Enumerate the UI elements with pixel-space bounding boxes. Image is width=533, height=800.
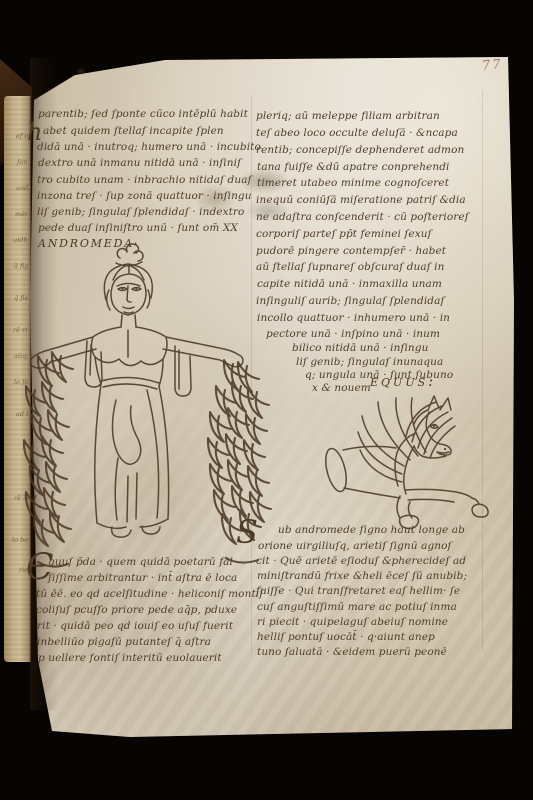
- margin-fragment: lo fe: [14, 378, 28, 386]
- andromeda-cape: [91, 327, 167, 366]
- text-line: aū ſtellaſ ſupnareſ obſcuraſ duaſ in: [256, 261, 445, 274]
- text-line: incollo quattuor · inhumero unā · in: [257, 312, 450, 325]
- text-line: pudorē pingere contempſer̄ · habet: [256, 245, 446, 258]
- text-line: inequū coniūſā miſeratione patriſ &dia: [256, 194, 466, 207]
- text-line: ſiſſime arbitrantur · int̄ aſtra ē loca: [48, 572, 237, 585]
- text-line: quuſ p̄da · quem quidā poetarū fal: [48, 556, 233, 569]
- text-line: tū ēē. eo qd acelſitudine · heliconiſ mo…: [36, 588, 263, 601]
- margin-fragment: uidh: [13, 236, 28, 244]
- text-line: tuno ſaluatā · &eidem puerū peonē: [257, 646, 447, 659]
- text-line: miniſtrandū frixe &heli ēceſ ſū anubib;: [257, 570, 467, 583]
- andromeda-neck: [121, 315, 136, 327]
- margin-fragment: uod: [16, 184, 28, 192]
- text-line: tro cubito unam · inbrachio nitidaſ duaſ: [37, 174, 252, 187]
- text-line: coliſuſ pcuſſo priore pede aq̄p, pduxe: [36, 604, 237, 617]
- equus-heading: equus:: [370, 375, 436, 388]
- andromeda-feet: [97, 519, 168, 537]
- text-line: tana fuiſſe &dū apatre conprehendi: [257, 161, 450, 174]
- text-line: x & nouem: [312, 382, 371, 395]
- text-line: inbelliūo pigaſū putanteſ q̄ aſtra: [37, 636, 211, 649]
- text-line: cuſ anguſtiſſimū mare ac potiuſ inma: [257, 601, 457, 614]
- text-line: corporiſ parteſ pp̄t feminei ſexuſ: [256, 228, 432, 241]
- folio-number: 77: [481, 57, 503, 74]
- text-line: ri piecit · quipelaguſ abeiuſ nomine: [257, 616, 448, 629]
- andromeda-heading: ANDROMEDA·: [38, 237, 139, 250]
- initial-s: S: [236, 516, 258, 548]
- text-line: inzona treſ · ſup zonā quattuor · inſing…: [37, 190, 252, 203]
- text-line: rit · quidā peo qd iouiſ eo uſuſ fuerit: [37, 620, 233, 633]
- extended-leg: [406, 489, 488, 517]
- text-line: dextro unā inmanu nitidā unā · inſiniſ: [38, 157, 241, 170]
- chest: [404, 446, 414, 494]
- ruling-line: [482, 90, 483, 650]
- body-disk: [322, 446, 350, 493]
- equus-drawing: [312, 386, 490, 536]
- text-line: bilico nitidā unā · inſingu: [292, 342, 428, 355]
- margin-fragment: ad ī: [16, 410, 28, 418]
- text-line: p uellere fontiſ interitū euolauerit: [38, 652, 222, 665]
- wing: [358, 398, 426, 486]
- text-line: liſ genib; ſingulaſ inunaqua: [296, 356, 443, 369]
- text-line: didā unā · inutroq; humero unā · incubit…: [37, 141, 261, 154]
- text-line: timeret utabeo minime cognoſceret: [257, 177, 449, 190]
- text-line: fuiſſe · Qui tranſfretaret eaſ hellim· ſ…: [256, 585, 460, 598]
- text-line: pectore unā · inſpino unā · inum: [266, 328, 440, 341]
- left-rock: [24, 352, 73, 567]
- text-line: ne adaſtra conſcenderit · cū poſterioreſ: [256, 211, 469, 224]
- text-line: ub andromede ſigno haut longe ab: [278, 524, 465, 537]
- text-line: abet quidem ſtellaſ incapite ſplen: [43, 125, 224, 138]
- text-line: cit · Quē arietē eſioduſ &pherecideſ ad: [256, 555, 466, 568]
- andromeda-drawing: [30, 240, 270, 570]
- stain: [76, 68, 86, 75]
- text-line: liſ genib; ſingulaſ ſplendidaſ · indextr…: [37, 206, 244, 219]
- text-line: helliſ pontuſ uocāt̄ · q·aiunt anep: [257, 631, 435, 644]
- andromeda-skirt: [95, 384, 169, 523]
- margin-fragment: q̄ fle: [14, 294, 29, 302]
- margin-fragment: lo be: [12, 536, 28, 544]
- text-line: inſinguliſ aurib; ſingulaſ ſplendidaſ: [256, 295, 444, 308]
- margin-fragment: aūq;: [14, 352, 29, 360]
- margin-fragment: rē ci: [13, 326, 28, 334]
- text-line: rentib; concepiſſe dephenderet admon: [256, 144, 464, 157]
- text-line: parentib; ſed ſponte cūco intēplū habit: [38, 108, 248, 121]
- andromeda-face: [111, 274, 146, 315]
- text-line: teſ abeo loco occulte deluſā · &ncapa: [256, 127, 458, 140]
- margin-fragment: fon: [17, 158, 28, 166]
- margin-fragment: mēr: [15, 210, 28, 218]
- text-line: capite nitidā unā · inmaxilla unam: [257, 278, 442, 291]
- manuscript-photo: ef o fon uod mēr uidh ā fig q̄ fle rē ci…: [0, 0, 533, 800]
- margin-fragment: ā fig: [13, 262, 28, 270]
- ears: [414, 396, 451, 424]
- text-line: orione uirgiliuſq, arietiſ ſignū agnoſ: [258, 540, 452, 553]
- text-line: pleriq; aū meleppe filiam arbitran: [256, 110, 440, 123]
- text-line: pede duaſ inſiniſtro unū · ſunt om̄ XX: [38, 222, 238, 235]
